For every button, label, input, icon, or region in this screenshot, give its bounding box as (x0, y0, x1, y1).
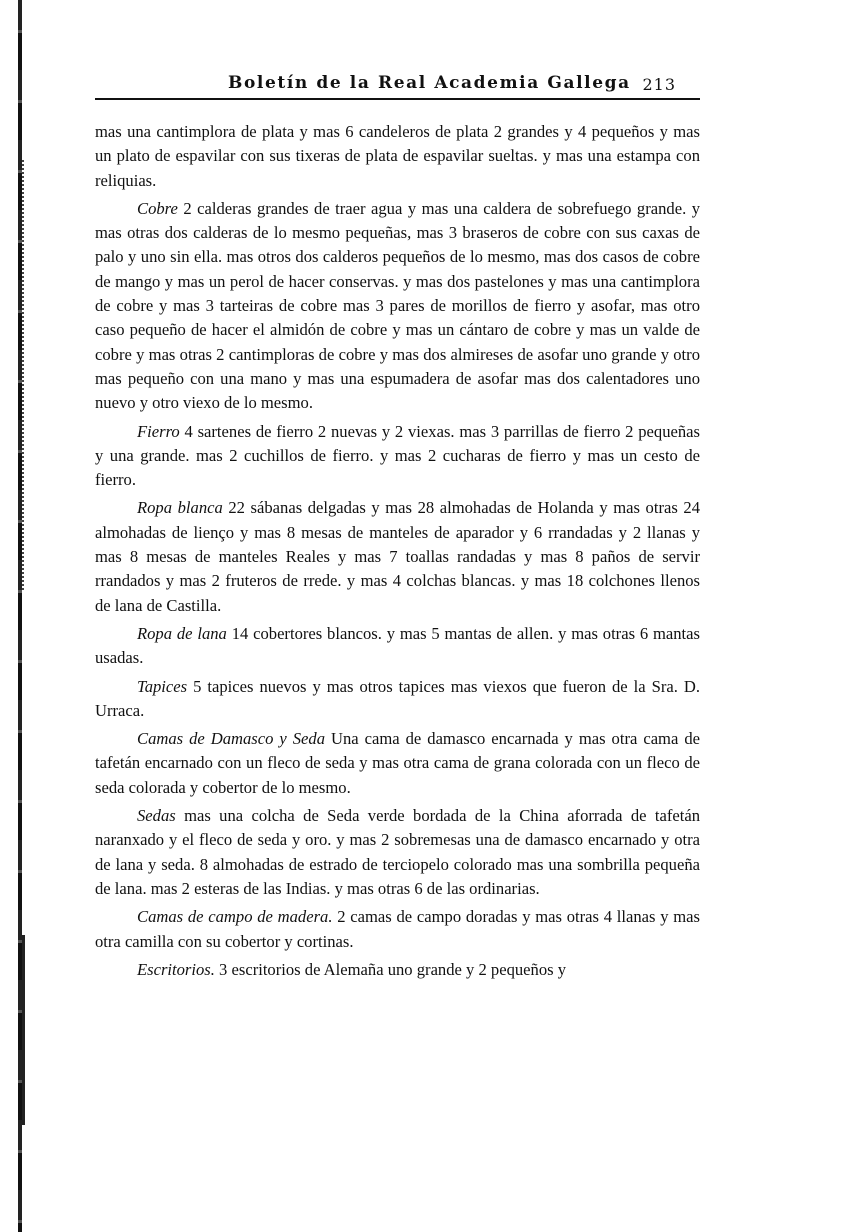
paragraph-text: mas una cantimplora de plata y mas 6 can… (95, 122, 700, 190)
paragraph-sedas: Sedas mas una colcha de Seda verde borda… (95, 804, 700, 901)
paragraph-cobre: Cobre 2 calderas grandes de traer agua y… (95, 197, 700, 416)
paragraph-continuation: mas una cantimplora de plata y mas 6 can… (95, 120, 700, 193)
binding-shadow-lower (22, 935, 28, 1125)
paragraph-lead: Ropa blanca (137, 498, 223, 517)
paragraph-escritorios: Escritorios. 3 escritorios de Alemaña un… (95, 958, 700, 982)
paragraph-ropa-de-lana: Ropa de lana 14 cobertores blancos. y ma… (95, 622, 700, 671)
document-page: Boletín de la Real Academia Gallega 213 … (95, 70, 700, 986)
page-number: 213 (642, 75, 676, 94)
paragraph-lead: Sedas (137, 806, 176, 825)
paragraph-text: 2 calderas grandes de traer agua y mas u… (95, 199, 700, 412)
paragraph-ropa-blanca: Ropa blanca 22 sábanas delgadas y mas 28… (95, 496, 700, 617)
paragraph-lead: Fierro (137, 422, 180, 441)
body-text: mas una cantimplora de plata y mas 6 can… (95, 120, 700, 982)
paragraph-lead: Ropa de lana (137, 624, 227, 643)
paragraph-text: mas una colcha de Seda verde bordada de … (95, 806, 700, 898)
paragraph-lead: Camas de Damasco y Seda (137, 729, 325, 748)
paragraph-fierro: Fierro 4 sartenes de fierro 2 nuevas y 2… (95, 420, 700, 493)
paragraph-lead: Camas de campo de madera. (137, 907, 333, 926)
page-binding-edge (18, 0, 22, 1232)
paragraph-lead: Cobre (137, 199, 178, 218)
running-title: Boletín de la Real Academia Gallega (228, 73, 631, 93)
paragraph-lead: Tapices (137, 677, 187, 696)
running-header: Boletín de la Real Academia Gallega 213 (95, 70, 700, 100)
paragraph-lead: Escritorios. (137, 960, 215, 979)
paragraph-text: 4 sartenes de fierro 2 nuevas y 2 viexas… (95, 422, 700, 490)
paragraph-camas-damasco: Camas de Damasco y Seda Una cama de dama… (95, 727, 700, 800)
binding-shadow-upper (22, 160, 27, 590)
paragraph-tapices: Tapices 5 tapices nuevos y mas otros tap… (95, 675, 700, 724)
paragraph-camas-campo: Camas de campo de madera. 2 camas de cam… (95, 905, 700, 954)
paragraph-text: 3 escritorios de Alemaña uno grande y 2 … (215, 960, 566, 979)
